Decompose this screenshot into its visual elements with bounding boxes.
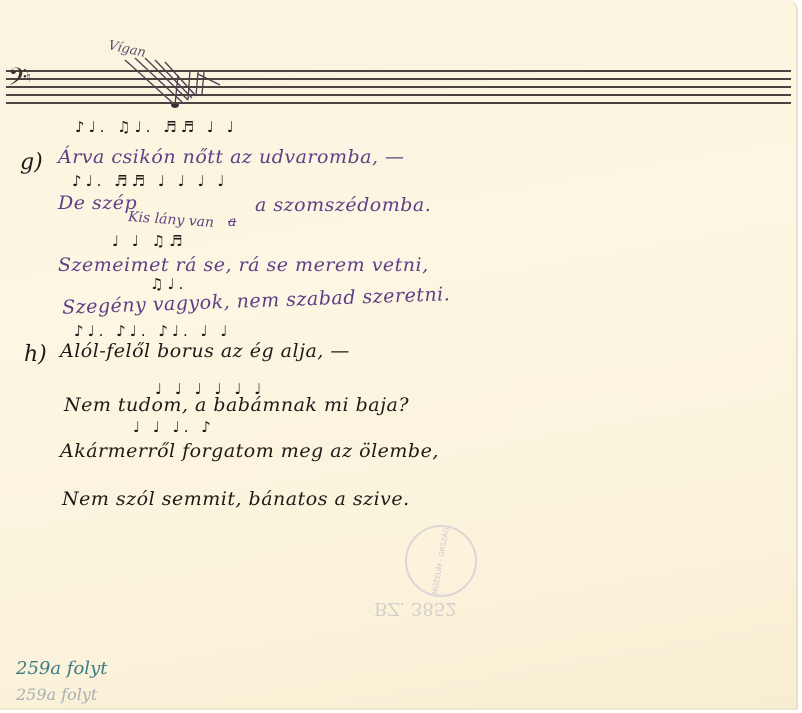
rhythm-notation: ♫♩. [150, 275, 187, 293]
staff-line [6, 86, 791, 88]
lyric-line: Árva csikón nőtt az udvaromba, — [58, 146, 405, 168]
library-stamp: MÚZEUM · ORSZÁG [405, 525, 477, 597]
archive-note-faded: 259a folyt [16, 685, 97, 704]
lyric-line: Nem szól semmit, bánatos a szive. [62, 488, 410, 510]
staff-line [6, 78, 791, 80]
music-staff [6, 70, 791, 102]
archive-note: 259a folyt [16, 658, 107, 679]
rhythm-notation: ♩ ♩ ♫♬ [112, 232, 187, 250]
bass-clef-icon: 𝄢 [8, 66, 27, 96]
lyric-line: De szép [58, 192, 137, 214]
key-signature-icon: ♮ [26, 70, 31, 86]
lyric-correction: Kis lány van [128, 209, 215, 231]
stanza-label-h: h) [24, 342, 47, 367]
rhythm-notation: ♪♩. ♫♩. ♬♬ ♩ ♩ [75, 118, 238, 136]
staff-line [6, 94, 791, 96]
lyric-line: Nem tudom, a babámnak mi baja? [64, 394, 409, 416]
rhythm-notation: ♪♩. ♪♩. ♪♩. ♩ ♩ [74, 322, 231, 340]
lyric-line: Akármerről forgatom meg az ölembe, [60, 440, 439, 462]
struck-word: a [228, 214, 236, 230]
stanza-label-g: g) [20, 150, 43, 175]
rhythm-notation: ♩ ♩ ♩. ♪ [133, 418, 215, 436]
shelfmark-mirrored: BZ. 3852 [374, 598, 457, 619]
lyric-line: Szemeimet rá se, rá se merem vetni, [58, 254, 429, 276]
rhythm-notation: ♪♩. ♬♬ ♩ ♩ ♩ ♩ [72, 172, 228, 190]
staff-line [6, 102, 791, 104]
lyric-line-continuation: a szomszédomba. [255, 194, 431, 216]
lyric-line: Alól-felől borus az ég alja, — [60, 340, 350, 362]
staff-line [6, 70, 791, 72]
manuscript-page: Vígan 𝄢 ♮ ♪♩. ♫♩. ♬♬ ♩ ♩ g) Árva csikón … [0, 0, 798, 710]
stamp-text: MÚZEUM · ORSZÁG [431, 527, 451, 595]
lyric-line: Szegény vagyok, nem szabad szeretni. [62, 283, 451, 319]
